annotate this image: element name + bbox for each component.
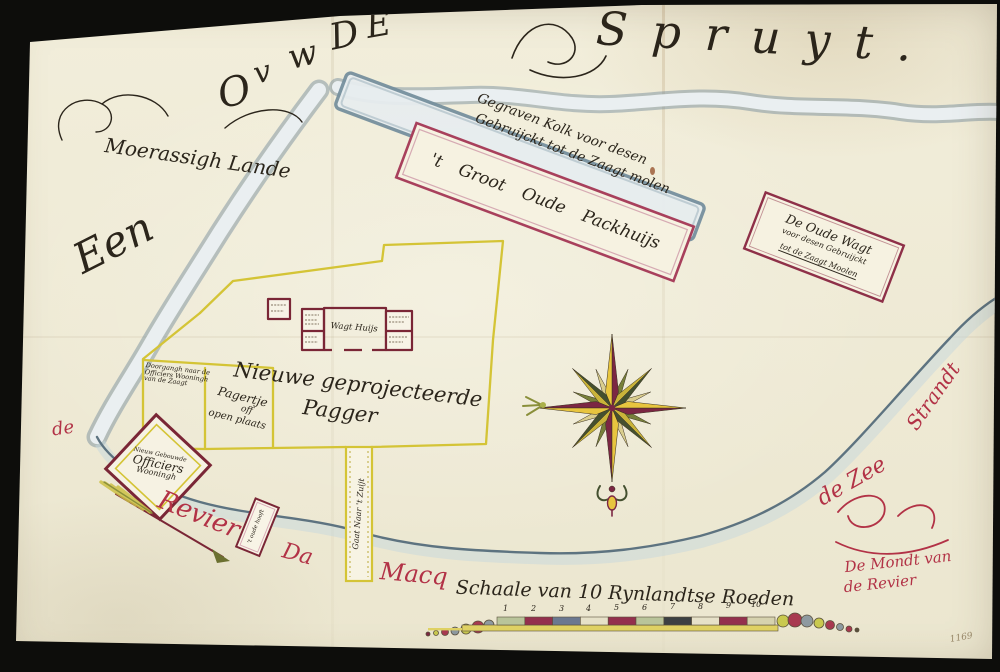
- river-label-de: de: [51, 419, 75, 440]
- compass-west-sprig: [523, 397, 546, 415]
- river-label-maeg: Macq: [379, 559, 449, 589]
- scale-number: 4: [586, 605, 591, 613]
- scale-number: 5: [614, 604, 619, 612]
- scale-number: 2: [531, 605, 536, 613]
- scale-number: 9: [726, 602, 731, 610]
- calligraphic-flourish-title: [512, 24, 606, 77]
- scale-number: 7: [670, 603, 675, 611]
- scale-number: 1: [503, 605, 508, 613]
- scale-number: 8: [698, 603, 703, 611]
- red-flourish-mouth: [836, 496, 948, 554]
- scale-number: 3: [559, 605, 564, 613]
- compass-pendant-ornament: [597, 486, 626, 516]
- scanned-map-page: O v w D E Spruyt. Een Moerassigh Lande G…: [0, 0, 1000, 672]
- outbuilding: [268, 299, 290, 319]
- scale-number: 10: [751, 601, 761, 609]
- scale-end-ornament-right: [777, 613, 859, 632]
- paper-sheet: O v w D E Spruyt. Een Moerassigh Lande G…: [0, 0, 1000, 672]
- scale-number: 6: [642, 604, 647, 612]
- calligraphic-flourish-topleft: [59, 95, 302, 140]
- compass-rose: [538, 334, 686, 482]
- title-letter: E: [363, 6, 393, 44]
